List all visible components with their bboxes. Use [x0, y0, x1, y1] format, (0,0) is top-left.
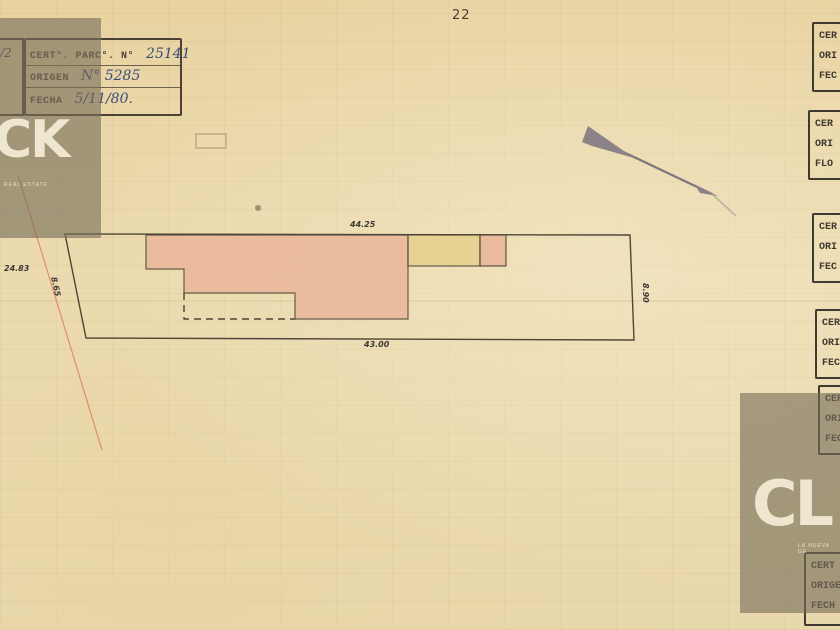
watermark-logo: CL	[752, 467, 831, 540]
faded-mark	[196, 134, 226, 148]
watermark-tagline: REAL ESTATE	[4, 182, 48, 188]
watermark-right: CL LA NUEVA GE	[740, 393, 840, 613]
dashed-annex-outline	[184, 293, 295, 319]
site-plan-drawing	[0, 0, 840, 630]
watermark-logo: CK	[0, 110, 68, 170]
watermark-left: CK REAL ESTATE	[0, 18, 101, 238]
dimension-left-outside: 24.83	[4, 264, 29, 273]
built-area-main	[146, 235, 408, 319]
dimension-bottom: 43.00	[364, 340, 389, 349]
built-area-small	[480, 235, 506, 266]
north-arrow-icon	[582, 126, 736, 216]
watermark-tagline: LA NUEVA GE	[798, 543, 840, 555]
dimension-top: 44.25	[350, 220, 375, 229]
built-area-yellow	[408, 235, 480, 266]
ink-smudge	[255, 205, 261, 211]
dimension-right-side: 8.90	[641, 283, 650, 303]
